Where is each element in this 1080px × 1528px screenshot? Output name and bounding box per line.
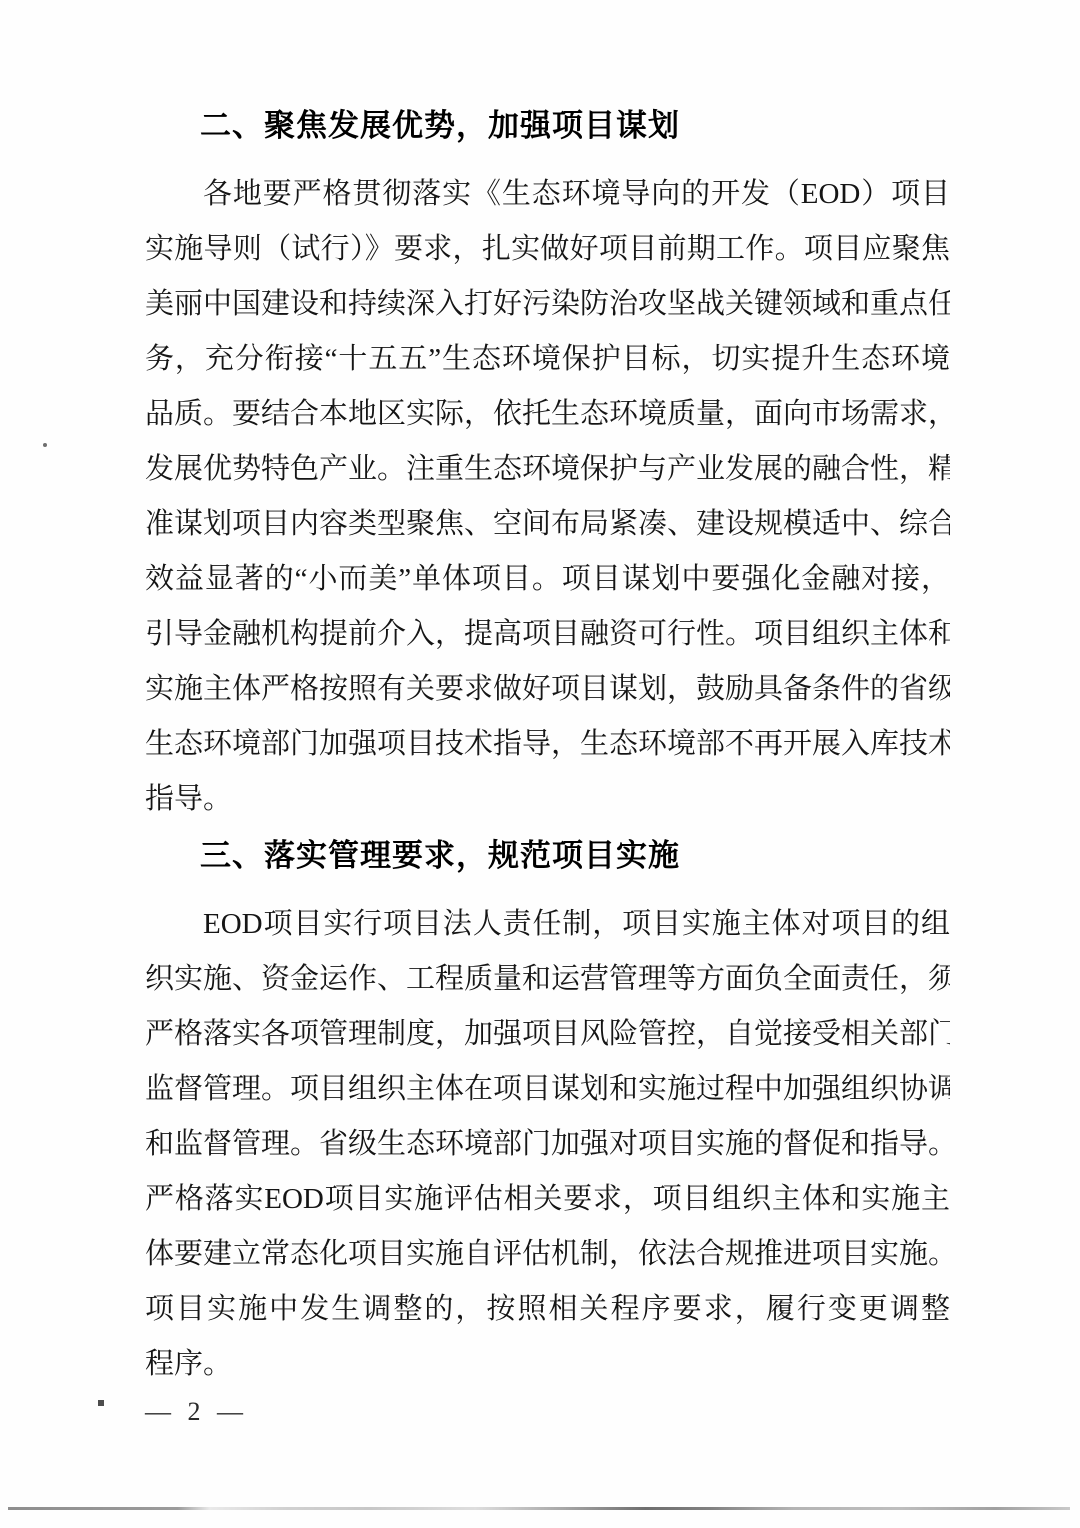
document-content: 二、聚焦发展优势，加强项目谋划各地要严格贯彻落实《生态环境导向的开发（EOD）项… <box>145 105 950 1432</box>
text-line: 品质。要结合本地区实际，依托生态环境质量，面向市场需求， <box>145 387 950 442</box>
text-line: 效益显著的“小而美”单体项目。项目谋划中要强化金融对接， <box>145 552 950 607</box>
text-line: 和监督管理。省级生态环境部门加强对项目实施的督促和指导。 <box>145 1117 950 1172</box>
text-line: 引导金融机构提前介入，提高项目融资可行性。项目组织主体和 <box>145 607 950 662</box>
text-line: 织实施、资金运作、工程质量和运营管理等方面负全面责任，须 <box>145 952 950 1007</box>
text-line: 严格落实各项管理制度，加强项目风险管控，自觉接受相关部门 <box>145 1007 950 1062</box>
section-heading: 二、聚焦发展优势，加强项目谋划 <box>145 105 950 147</box>
document-page: 二、聚焦发展优势，加强项目谋划各地要严格贯彻落实《生态环境导向的开发（EOD）项… <box>0 0 1080 1528</box>
text-line: 体要建立常态化项目实施自评估机制，依法合规推进项目实施。 <box>145 1227 950 1282</box>
section-heading: 三、落实管理要求，规范项目实施 <box>145 835 950 877</box>
text-line: 各地要严格贯彻落实《生态环境导向的开发（EOD）项目 <box>145 167 950 222</box>
text-line: 生态环境部门加强项目技术指导，生态环境部不再开展入库技术 <box>145 717 950 772</box>
text-line: 指导。 <box>145 772 950 827</box>
text-line: 严格落实EOD项目实施评估相关要求，项目组织主体和实施主 <box>145 1172 950 1227</box>
scan-speck <box>98 1400 104 1406</box>
text-line: 监督管理。项目组织主体在项目谋划和实施过程中加强组织协调 <box>145 1062 950 1117</box>
page-number: — 2 — <box>145 1392 950 1432</box>
text-line: 程序。 <box>145 1337 950 1392</box>
text-line: 实施主体严格按照有关要求做好项目谋划，鼓励具备条件的省级 <box>145 662 950 717</box>
text-line: EOD项目实行项目法人责任制，项目实施主体对项目的组 <box>145 897 950 952</box>
paragraph: 各地要严格贯彻落实《生态环境导向的开发（EOD）项目实施导则（试行）》要求，扎实… <box>145 167 950 827</box>
text-line: 美丽中国建设和持续深入打好污染防治攻坚战关键领域和重点任 <box>145 277 950 332</box>
text-line: 实施导则（试行）》要求，扎实做好项目前期工作。项目应聚焦 <box>145 222 950 277</box>
paragraph: EOD项目实行项目法人责任制，项目实施主体对项目的组织实施、资金运作、工程质量和… <box>145 897 950 1392</box>
scan-speck <box>43 443 47 447</box>
text-line: 项目实施中发生调整的，按照相关程序要求，履行变更调整 <box>145 1282 950 1337</box>
text-line: 准谋划项目内容类型聚焦、空间布局紧凑、建设规模适中、综合 <box>145 497 950 552</box>
text-line: 务，充分衔接“十五五”生态环境保护目标，切实提升生态环境 <box>145 332 950 387</box>
text-line: 发展优势特色产业。注重生态环境保护与产业发展的融合性，精 <box>145 442 950 497</box>
scan-edge-artifact <box>8 1507 1070 1510</box>
